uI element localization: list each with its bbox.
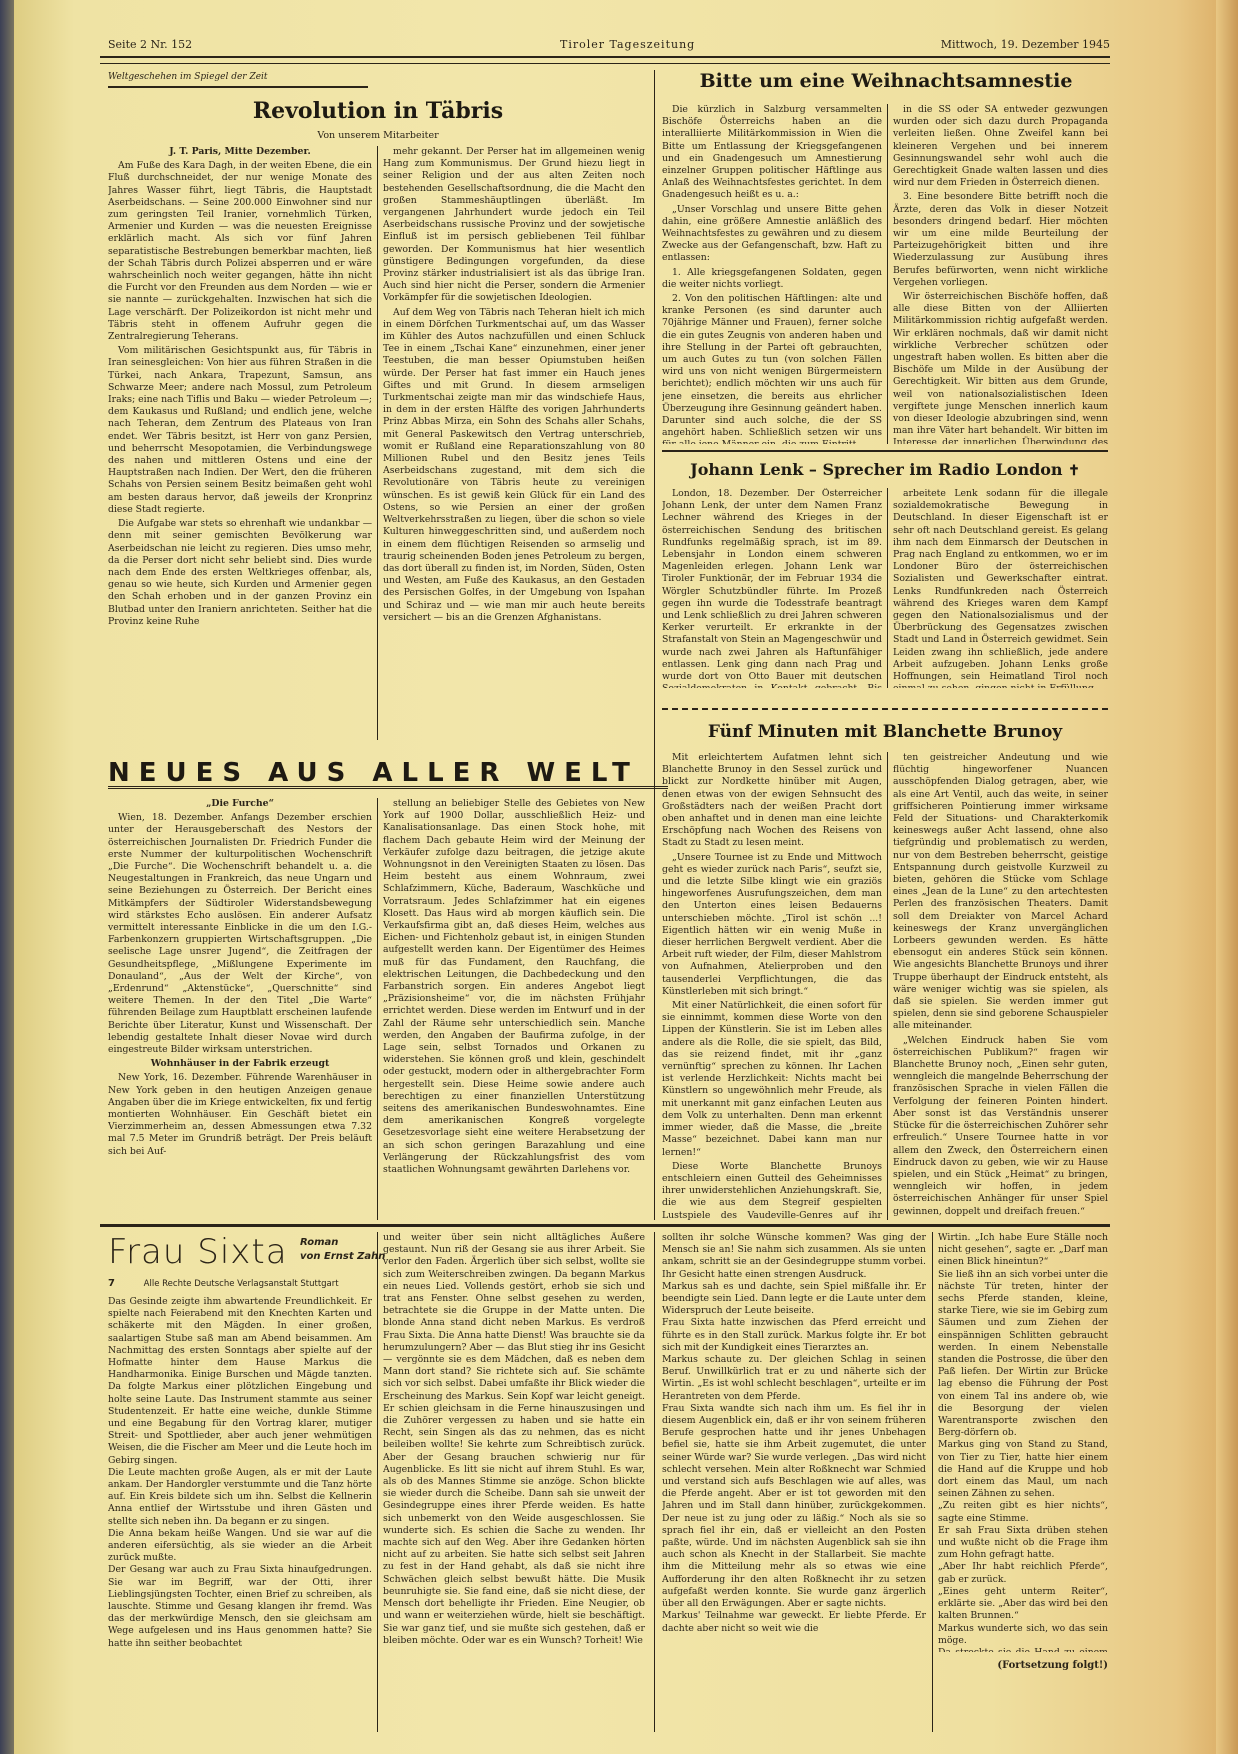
novel-genre: Roman [300,1236,385,1250]
dateline: J. T. Paris, Mitte Dezember. [108,146,372,158]
paragraph: „Unsere Tournee ist zu Ende und Mittwoch… [662,852,882,998]
paragraph: Wir österreichischen Bischöfe hoffen, da… [893,291,1108,444]
paragraph: ten geistreicher Andeutung und wie flüch… [893,752,1108,1033]
lenk-column-2: arbeitete Lenk sodann für die illegale s… [893,488,1108,688]
headline-lenk-text: Johann Lenk – Sprecher im Radio London [690,460,1062,479]
brunoy-column-2: ten geistreicher Andeutung und wie flüch… [893,752,1108,1220]
paragraph: „Unser Vorschlag und unsere Bitte gehen … [662,204,882,265]
paragraph: stellung an beliebiger Stelle des Gebiet… [383,798,645,1176]
newspaper-title: Tiroler Tageszeitung [560,38,695,51]
article-divider [662,450,1108,452]
masthead-rule [100,56,1110,64]
page-number: Seite 2 Nr. 152 [108,38,192,51]
column-divider [654,70,655,1220]
world-news-column-1: „Die Furche“ Wien, 18. Dezember. Anfangs… [108,798,372,1220]
headline-amnestie: Bitte um eine Weihnachtsamnestie [662,70,1110,92]
headline-lenk: Johann Lenk – Sprecher im Radio London ✝ [662,460,1108,479]
paragraph: arbeitete Lenk sodann für die illegale s… [893,488,1108,688]
rights-notice: Alle Rechte Deutsche Verlagsanstalt Stut… [144,1279,339,1289]
tabris-column-1: J. T. Paris, Mitte Dezember. Am Fuße des… [108,146,372,740]
novel-column-1: Das Gesinde zeigte ihm abwartende Freund… [108,1296,372,1736]
headline-brunoy: Fünf Minuten mit Blanchette Brunoy [662,722,1108,742]
subhead-furche: „Die Furche“ [108,798,372,810]
paragraph: „Welchen Eindruck haben Sie vom österrei… [893,1035,1108,1218]
column-divider [932,1232,933,1732]
adjacent-page-edge [1216,0,1238,1754]
paragraph: New York, 16. Dezember. Führende Warenhä… [108,1072,372,1157]
byline-tabris: Von unserem Mitarbeiter [108,130,648,141]
paragraph: in die SS oder SA entweder gezwungen wur… [893,104,1108,189]
paragraph: Diese Worte Blanchette Brunoys entschlei… [662,1161,882,1220]
paragraph: Die Aufgabe war stets so ehrenhaft wie u… [108,518,372,628]
paragraph: mehr gekannt. Der Perser hat im allgemei… [383,146,645,305]
novel-title: Frau Sixta [108,1232,288,1272]
serial-divider [100,1224,1110,1227]
novel-column-3: sollten ihr solche Wünsche kommen? Was g… [662,1232,926,1736]
column-divider [887,104,888,444]
novel-byline: Roman von Ernst Zahn [300,1236,385,1264]
subhead-wohnhaeuser: Wohnhäuser in der Fabrik erzeugt [108,1058,372,1070]
continued-notice: (Fortsetzung folgt!) [938,1660,1108,1671]
installment-number: 7 [108,1278,115,1289]
book-binding [0,0,14,1754]
novel-rights: 7 Alle Rechte Deutsche Verlagsanstalt St… [108,1278,339,1289]
column-divider [887,488,888,688]
amnestie-column-2: in die SS oder SA entweder gezwungen wur… [893,104,1108,444]
column-divider [377,1232,378,1732]
paragraph: 1. Alle kriegsgefangenen Soldaten, gegen… [662,267,882,291]
newspaper-page: Seite 2 Nr. 152 Tiroler Tageszeitung Mit… [100,0,1110,1754]
wavy-divider [662,708,1108,716]
column-divider [654,1232,655,1732]
novel-column-4: Wirtin. „Ich habe Eure Ställe noch nicht… [938,1232,1108,1652]
tabris-column-2: mehr gekannt. Der Perser hat im allgemei… [383,146,645,740]
column-divider [887,752,888,1220]
paragraph: Mit einer Natürlichkeit, die einen sofor… [662,1000,882,1159]
paragraph: Vom militärischen Gesichtspunkt aus, für… [108,345,372,516]
amnestie-column-1: Die kürzlich in Salzburg versammelten Bi… [662,104,882,444]
paragraph: 3. Eine besondere Bitte betrifft noch di… [893,191,1108,289]
paragraph: Auf dem Weg von Täbris nach Teheran hiel… [383,307,645,624]
section-kicker: Weltgeschehen im Spiegel der Zeit [108,72,368,88]
novel-column-2: und weiter über sein nicht alltägliches … [383,1232,645,1736]
paragraph: London, 18. Dezember. Der Österreicher J… [662,488,882,688]
masthead: Seite 2 Nr. 152 Tiroler Tageszeitung Mit… [100,36,1110,58]
issue-date: Mittwoch, 19. Dezember 1945 [941,38,1110,51]
paragraph: Am Fuße des Kara Dagh, in der weiten Ebe… [108,160,372,343]
brunoy-column-1: Mit erleichtertem Aufatmen lehnt sich Bl… [662,752,882,1220]
section-banner: NEUES AUS ALLER WELT [108,758,668,789]
column-divider [377,798,378,1220]
lenk-column-1: London, 18. Dezember. Der Österreicher J… [662,488,882,688]
headline-tabris: Revolution in Täbris [108,98,648,124]
paragraph: Mit erleichtertem Aufatmen lehnt sich Bl… [662,752,882,850]
column-divider [377,146,378,740]
novel-author: von Ernst Zahn [300,1250,385,1264]
paragraph: 2. Von den politischen Häftlingen: alte … [662,293,882,444]
cross-icon: ✝ [1068,463,1080,479]
paragraph: Die kürzlich in Salzburg versammelten Bi… [662,104,882,202]
paragraph: Wien, 18. Dezember. Anfangs Dezember ers… [108,812,372,1056]
world-news-column-2: stellung an beliebiger Stelle des Gebiet… [383,798,645,1220]
